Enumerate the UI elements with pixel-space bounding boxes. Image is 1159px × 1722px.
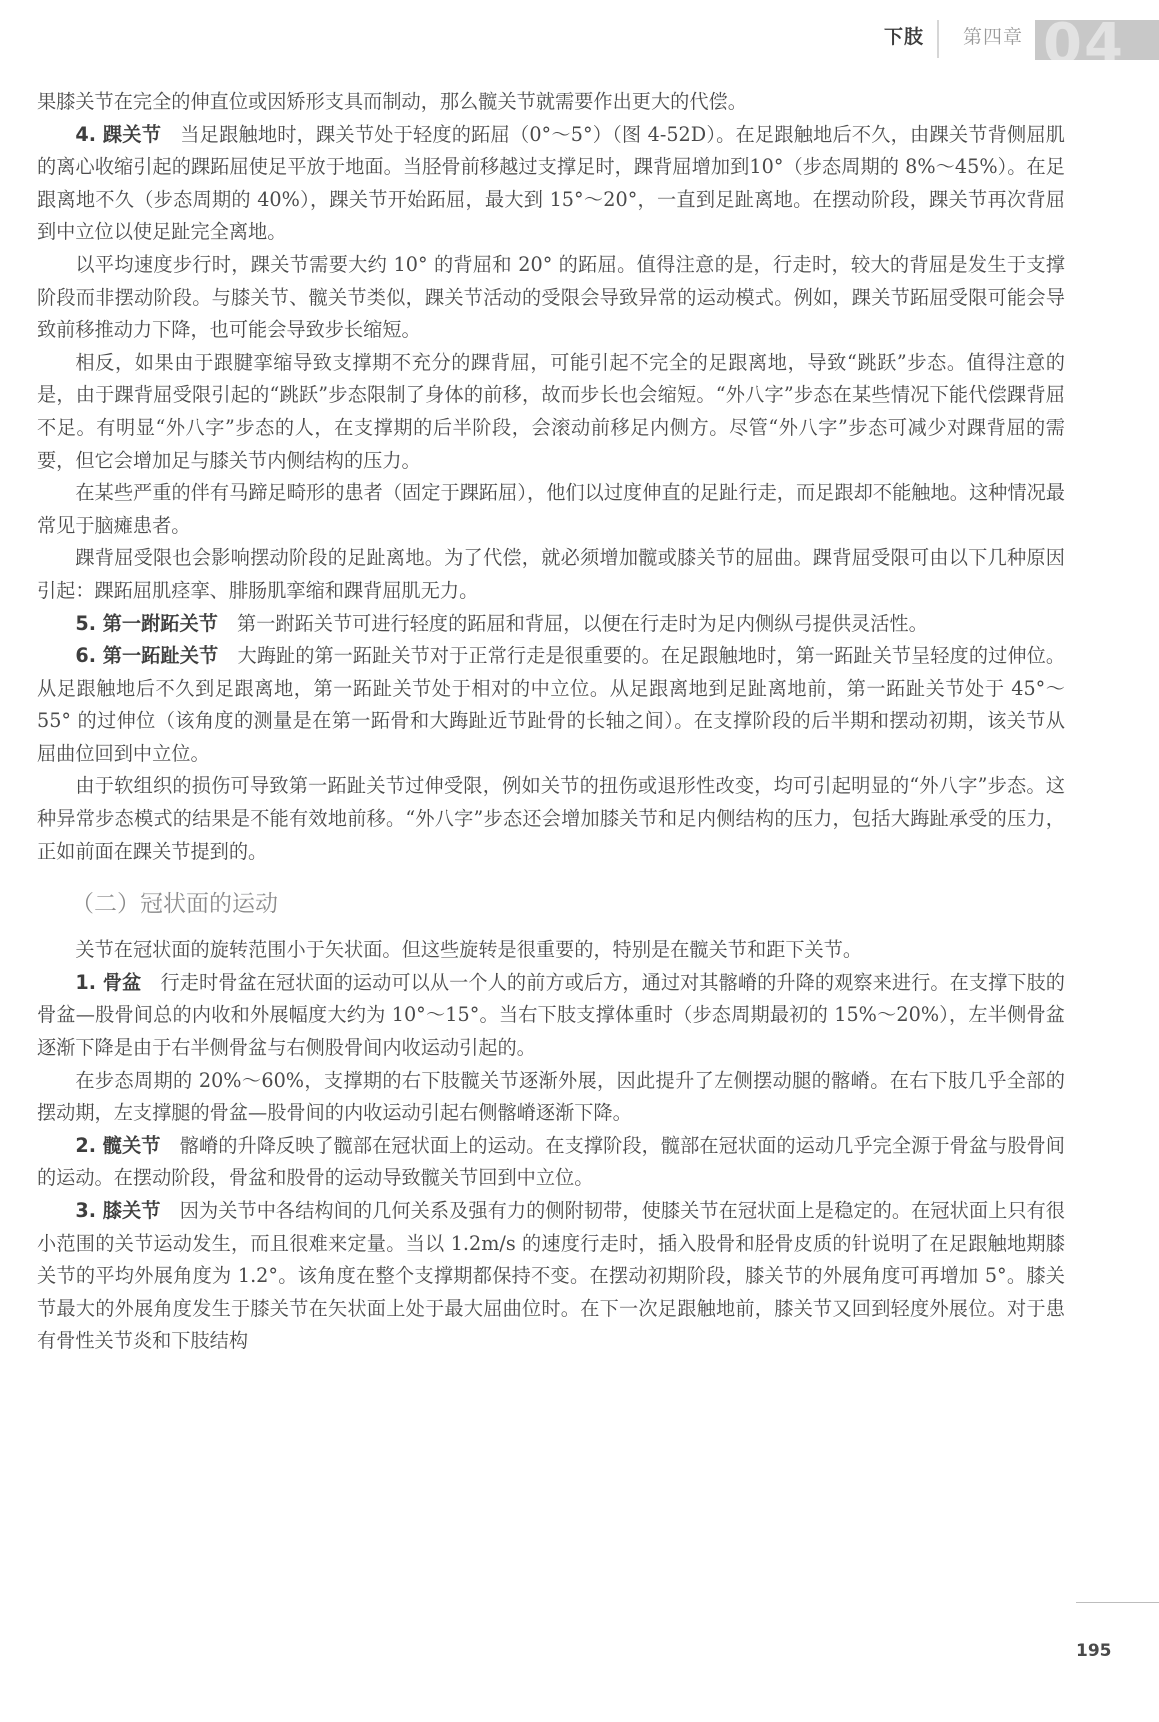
paragraph-text: 因为关节中各结构间的几何关系及强有力的侧附韧带，使膝关节在冠状面上是稳定的。在冠…: [37, 1199, 1065, 1352]
paragraph-text: 以平均速度步行时，踝关节需要大约 10° 的背屈和 20° 的跖屈。值得注意的是…: [37, 253, 1065, 341]
header-chapter-label: 第四章: [963, 22, 1023, 49]
header-divider: [937, 20, 939, 58]
chapter-number: 04: [1043, 20, 1125, 60]
paragraph-text: 果膝关节在完全的伸直位或因矫形支具而制动，那么髋关节就需要作出更大的代偿。: [37, 90, 747, 113]
subsection-heading: 4. 踝关节: [75, 123, 161, 146]
paragraph-text: 相反，如果由于跟腱挛缩导致支撑期不充分的踝背屈，可能引起不完全的足跟离地，导致“…: [37, 351, 1065, 472]
paragraph-text: 关节在冠状面的旋转范围小于矢状面。但这些旋转是很重要的，特别是在髋关节和距下关节…: [75, 938, 862, 961]
subsection-heading: 5. 第一跗跖关节: [75, 612, 217, 635]
section-title: （二）冠状面的运动: [71, 886, 1065, 922]
subsection-heading: 1. 骨盆: [75, 971, 141, 994]
subsection-heading: 6. 第一跖趾关节: [75, 644, 218, 667]
chapter-number-badge: 04: [1035, 20, 1159, 60]
paragraph-text: 行走时骨盆在冠状面的运动可以从一个人的前方或后方，通过对其髂嵴的升降的观察来进行…: [37, 971, 1065, 1059]
footer-rule: [1076, 1602, 1159, 1603]
paragraph: 在步态周期的 20%～60%，支撑期的右下肢髋关节逐渐外展，因此提升了左侧摆动腿…: [37, 1065, 1065, 1130]
paragraph: 踝背屈受限也会影响摆动阶段的足趾离地。为了代偿，就必须增加髋或膝关节的屈曲。踝背…: [37, 542, 1065, 607]
paragraph: 4. 踝关节当足跟触地时，踝关节处于轻度的跖屈（0°～5°）（图 4-52D）。…: [37, 119, 1065, 249]
page-number: 195: [1076, 1641, 1112, 1661]
paragraph-text: 由于软组织的损伤可导致第一跖趾关节过伸受限，例如关节的扭伤或退形性改变，均可引起…: [37, 774, 1065, 862]
header-section-name: 下肢: [884, 22, 924, 49]
paragraph: 由于软组织的损伤可导致第一跖趾关节过伸受限，例如关节的扭伤或退形性改变，均可引起…: [37, 770, 1065, 868]
paragraph: 相反，如果由于跟腱挛缩导致支撑期不充分的踝背屈，可能引起不完全的足跟离地，导致“…: [37, 347, 1065, 477]
paragraph-text: 在某些严重的伴有马蹄足畸形的患者（固定于踝跖屈），他们以过度伸直的足趾行走，而足…: [37, 481, 1065, 537]
paragraph: 5. 第一跗跖关节第一跗跖关节可进行轻度的跖屈和背屈，以便在行走时为足内侧纵弓提…: [37, 608, 1065, 641]
paragraph-text: 第一跗跖关节可进行轻度的跖屈和背屈，以便在行走时为足内侧纵弓提供灵活性。: [237, 612, 928, 635]
paragraph: 以平均速度步行时，踝关节需要大约 10° 的背屈和 20° 的跖屈。值得注意的是…: [37, 249, 1065, 347]
paragraph: 关节在冠状面的旋转范围小于矢状面。但这些旋转是很重要的，特别是在髋关节和距下关节…: [37, 934, 1065, 967]
paragraph-text: 当足跟触地时，踝关节处于轻度的跖屈（0°～5°）（图 4-52D）。在足跟触地后…: [37, 123, 1065, 244]
paragraph-text: 髂嵴的升降反映了髋部在冠状面上的运动。在支撑阶段，髋部在冠状面的运动几乎完全源于…: [37, 1134, 1065, 1190]
paragraph: 在某些严重的伴有马蹄足畸形的患者（固定于踝跖屈），他们以过度伸直的足趾行走，而足…: [37, 477, 1065, 542]
paragraph: 果膝关节在完全的伸直位或因矫形支具而制动，那么髋关节就需要作出更大的代偿。: [37, 86, 1065, 119]
paragraph-text: 在步态周期的 20%～60%，支撑期的右下肢髋关节逐渐外展，因此提升了左侧摆动腿…: [37, 1069, 1065, 1125]
page-body: 果膝关节在完全的伸直位或因矫形支具而制动，那么髋关节就需要作出更大的代偿。 4.…: [37, 86, 1065, 1358]
running-header: 下肢 第四章 04: [0, 0, 1159, 70]
paragraph: 6. 第一跖趾关节大踇趾的第一跖趾关节对于正常行走是很重要的。在足跟触地时，第一…: [37, 640, 1065, 770]
paragraph: 1. 骨盆行走时骨盆在冠状面的运动可以从一个人的前方或后方，通过对其髂嵴的升降的…: [37, 967, 1065, 1065]
paragraph-text: 踝背屈受限也会影响摆动阶段的足趾离地。为了代偿，就必须增加髋或膝关节的屈曲。踝背…: [37, 546, 1065, 602]
subsection-heading: 2. 髋关节: [75, 1134, 160, 1157]
subsection-heading: 3. 膝关节: [75, 1199, 160, 1222]
paragraph: 3. 膝关节因为关节中各结构间的几何关系及强有力的侧附韧带，使膝关节在冠状面上是…: [37, 1195, 1065, 1358]
paragraph: 2. 髋关节髂嵴的升降反映了髋部在冠状面上的运动。在支撑阶段，髋部在冠状面的运动…: [37, 1130, 1065, 1195]
